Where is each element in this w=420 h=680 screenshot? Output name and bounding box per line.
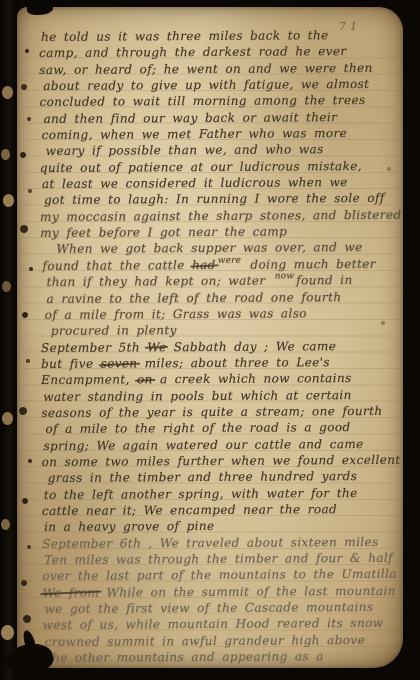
handwriting-segment: a creek which now contains	[153, 371, 352, 386]
handwriting-segment: my feet before I got near the camp	[40, 225, 287, 241]
handwriting-segment: grass in the timber and three hundred ya…	[48, 469, 358, 485]
manuscript-line: coming, when we met Father who was more	[42, 125, 400, 144]
manuscript-line: west of us, while mountain Hood reared i…	[43, 615, 403, 634]
inserted-word: were	[218, 256, 242, 266]
handwriting-segment: west of us, while mountain Hood reared i…	[43, 616, 384, 632]
handwriting-segment: of a mile to the right of the road is a …	[45, 420, 350, 436]
handwriting-segment: procured in plenty	[51, 323, 177, 338]
handwriting-segment: we got the first view of the Cascade mou…	[45, 600, 374, 616]
handwriting-segment: seasons of the year is quite a stream; o…	[41, 404, 382, 420]
handwriting-segment: but five	[41, 357, 101, 371]
manuscript-line: grass in the timber and three hundred ya…	[48, 468, 402, 487]
manuscript-line: got time to laugh: In running I wore the…	[44, 190, 400, 209]
handwriting-segment: spring; We again watered our cattle and …	[44, 437, 364, 453]
manuscript-line: over the last part of the mountains to t…	[42, 566, 402, 585]
manuscript-line: Encampment, on a creek which now contain…	[41, 370, 401, 389]
handwriting-segment: September 6th , We traveled about sixtee…	[42, 535, 379, 551]
handwriting-segment: got time to laugh: In running I wore the…	[44, 191, 385, 207]
handwriting-segment: doing much better	[243, 257, 376, 272]
handwriting-segment: Sabbath day ; We came	[166, 339, 336, 354]
page-tear-mark	[27, 4, 53, 15]
journal-page: 71 he told us it was three miles back to…	[17, 7, 403, 668]
handwriting-segment: concluded to wait till morning among the…	[39, 93, 365, 109]
handwriting-segment: in a heavy grove of pine	[44, 519, 215, 534]
handwriting-segment: and then find our way back or await thei…	[44, 110, 338, 126]
handwriting-segment: saw, or heard of; he went on and we were…	[39, 61, 373, 77]
handwriting-segment: When we got back supper was over, and we	[56, 240, 362, 256]
handwriting-segment: coming, when we met Father who was more	[42, 126, 348, 142]
struck-word: seven	[101, 356, 138, 370]
handwriting-segment: on some two miles further when we found …	[42, 453, 401, 469]
handwriting-segment: about ready to give up with fatigue, we …	[43, 77, 369, 93]
handwriting-segment: my moccasin against the sharp stones, an…	[40, 208, 401, 224]
manuscript-line: my moccasin against the sharp stones, an…	[40, 207, 400, 226]
binding-edge	[0, 0, 18, 680]
struck-word: We	[147, 340, 166, 354]
handwriting-segment: of a mile from it; Grass was was also	[45, 306, 307, 322]
manuscript-line: camp, and through the darkest road he ev…	[39, 43, 399, 62]
manuscript-line: than if they had kept on; water nowfound…	[46, 272, 400, 291]
handwriting-segment: Encampment,	[41, 373, 137, 388]
handwriting-segment: cattle near it; We encamped near the roa…	[42, 502, 337, 518]
handwriting-segment: September 5th	[41, 340, 147, 355]
handwriting-segment: water standing in pools but which at cer…	[43, 388, 352, 404]
handwriting-segment: the other mountains and appearing as a	[47, 649, 324, 665]
manuscript-line: concluded to wait till morning among the…	[39, 92, 399, 111]
handwriting-segment: Ten miles was through the timber and fou…	[44, 551, 393, 567]
handwriting-segment: camp, and through the darkest road he ev…	[39, 44, 346, 60]
handwriting-segment: than if they had kept on; water	[47, 274, 273, 289]
handwriting-segment: quite out of patience at our ludicrous m…	[40, 159, 362, 175]
adjacent-page-flecks	[2, 0, 9, 9]
handwriting-segment: at least we considered it ludicrous when…	[42, 175, 348, 191]
handwriting-segment: he told us it was three miles back to th…	[41, 28, 329, 44]
manuscript-text: he told us it was three miles back to th…	[39, 27, 403, 667]
handwriting-segment: While on the summit of the last mountain	[99, 584, 396, 600]
manuscript-line: crowned summit in awful grandeur high ab…	[45, 632, 403, 651]
handwriting-segment: over the last part of the mountains to t…	[42, 567, 397, 583]
manuscript-line: water standing in pools but which at cer…	[43, 386, 401, 405]
inserted-word: now	[275, 272, 295, 282]
handwriting-segment: found that the cattle	[42, 258, 192, 273]
handwriting-segment: crowned summit in awful grandeur high ab…	[45, 633, 365, 649]
handwriting-segment: found in	[296, 273, 352, 287]
handwriting-segment: miles; about three to Lee's	[138, 355, 331, 370]
handwriting-segment: a ravine to the left of the road one fou…	[47, 290, 342, 306]
manuscript-line: the other mountains and appearing as a	[47, 648, 403, 667]
struck-word: We from	[42, 585, 99, 599]
manuscript-line: to the left another spring, with water f…	[44, 484, 402, 503]
ink-specks	[19, 21, 23, 25]
handwriting-segment: weary if possible than we, and who was	[46, 143, 324, 159]
manuscript-line: of a mile to the right of the road is a …	[45, 419, 401, 438]
struck-word: had	[192, 258, 216, 272]
struck-word: on	[137, 373, 153, 387]
photo-background: 71 he told us it was three miles back to…	[0, 0, 420, 680]
handwriting-segment: to the left another spring, with water f…	[44, 486, 358, 502]
